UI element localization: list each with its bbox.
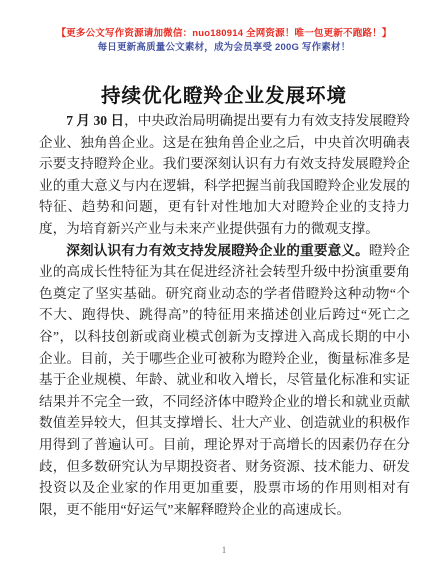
paragraph-2: 深刻认识有力有效支持发展瞪羚企业的重要意义。瞪羚企业的高成长性特征为其在促进经济…: [39, 240, 410, 521]
promo-header: 【更多公文写作资源请加微信：nuo180914 全网资源！唯一包更新不跑路！】 …: [0, 27, 448, 55]
promo-line-2: 每日更新高质量公文素材，成为会员享受 200G 写作素材！: [0, 41, 448, 55]
paragraph-1: 7 月 30 日，中央政治局明确提出要有力有效支持发展瞪羚企业、独角兽企业。这是…: [39, 110, 410, 240]
paragraph-2-lead-sentence: 深刻认识有力有效支持发展瞪羚企业的重要意义。: [66, 243, 369, 258]
paragraph-2-text: 瞪羚企业的高成长性特征为其在促进经济社会转型升级中扮演重要角色奠定了坚实基础。研…: [39, 243, 410, 517]
paragraph-1-text: ，中央政治局明确提出要有力有效支持发展瞪羚企业、独角兽企业。这是在独角兽企业之后…: [39, 113, 410, 236]
paragraph-1-date: 7 月 30 日: [66, 113, 124, 128]
document-body: 7 月 30 日，中央政治局明确提出要有力有效支持发展瞪羚企业、独角兽企业。这是…: [39, 110, 410, 520]
document-page: 【更多公文写作资源请加微信：nuo180914 全网资源！唯一包更新不跑路！】 …: [0, 0, 448, 580]
document-title: 持续优化瞪羚企业发展环境: [0, 80, 448, 108]
page-number: 1: [0, 546, 448, 556]
promo-line-1: 【更多公文写作资源请加微信：nuo180914 全网资源！唯一包更新不跑路！】: [0, 27, 448, 41]
